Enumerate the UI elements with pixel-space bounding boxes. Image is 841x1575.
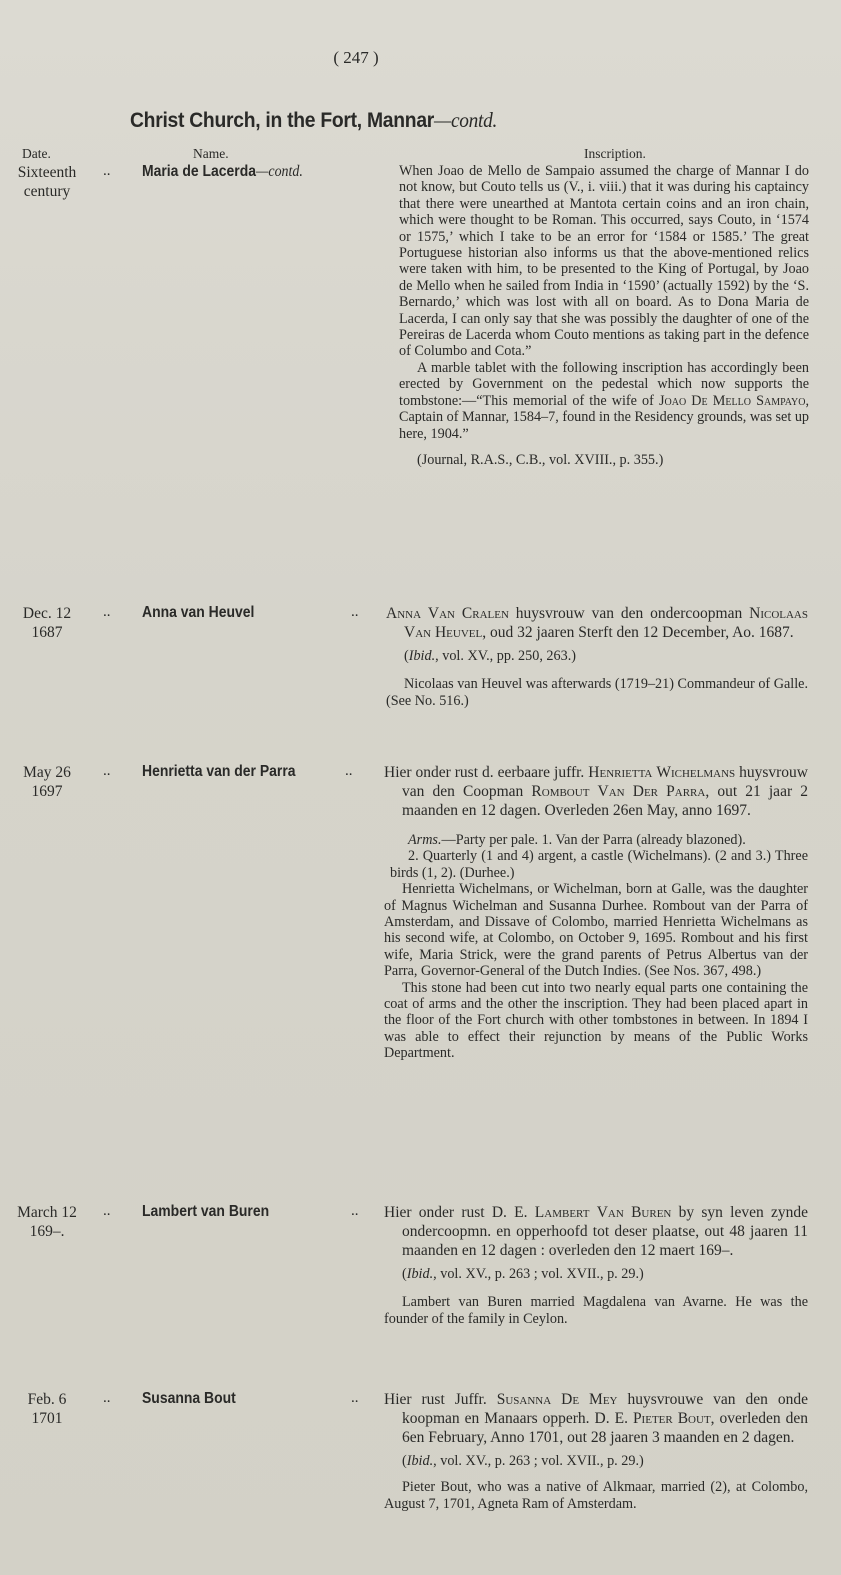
page-title: Christ Church, in the Fort, Mannar—contd… xyxy=(130,108,497,133)
reference: (Ibid., vol. XV., p. 263 ; vol. XVII., p… xyxy=(384,1453,808,1469)
inscription-text: Hier onder rust D. E. Lambert Van Buren … xyxy=(384,1203,808,1260)
inscription-text: Hier rust Juffr. Susanna De Mey huysvrou… xyxy=(384,1390,808,1447)
inscription-paragraph: When Joao de Mello de Sampaio assumed th… xyxy=(399,163,809,360)
column-header-name: Name. xyxy=(193,146,229,162)
small-caps-name: Henrietta xyxy=(588,764,652,781)
separator: .. xyxy=(351,1390,359,1407)
entry-date: March 12169–. xyxy=(2,1203,92,1241)
small-caps-name: Pieter xyxy=(633,1410,673,1427)
separator: .. xyxy=(103,163,111,180)
title-text: Christ Church, in the Fort, Mannar xyxy=(130,109,434,132)
entry-date: Sixteenthcentury xyxy=(2,163,92,201)
arms: Arms.—Party per pale. 1. Van der Parra (… xyxy=(384,832,808,848)
reference: (Journal, R.A.S., C.B., vol. XVIII., p. … xyxy=(399,452,809,468)
entry-name: Lambert van Buren xyxy=(142,1203,269,1221)
small-caps-name: De xyxy=(561,1391,579,1408)
small-caps-name: Der xyxy=(633,783,658,800)
small-caps-name: De xyxy=(691,393,707,409)
column-header-date: Date. xyxy=(22,146,51,162)
entry-inscription: When Joao de Mello de Sampaio assumed th… xyxy=(399,163,809,476)
small-caps-name: Joao xyxy=(659,393,686,409)
small-caps-name: Parra xyxy=(666,783,705,800)
small-caps-name: Van xyxy=(404,624,431,641)
small-caps-name: Sampayo xyxy=(756,393,805,409)
reference: (Ibid., vol. XV., pp. 250, 263.) xyxy=(386,648,808,664)
small-caps-name: Rombout xyxy=(531,783,589,800)
column-header-inscription: Inscription. xyxy=(584,146,646,162)
entry-name: Maria de Lacerda—contd. xyxy=(142,163,303,181)
small-caps-name: Wichelmans xyxy=(656,764,735,781)
separator: .. xyxy=(103,604,111,621)
entry-name: Henrietta van der Parra xyxy=(142,763,296,781)
entry-inscription: Hier rust Juffr. Susanna De Mey huysvrou… xyxy=(384,1390,808,1512)
small-caps-name: Bout xyxy=(678,1410,711,1427)
page-number: ( 247 ) xyxy=(0,48,712,68)
separator: .. xyxy=(103,763,111,780)
separator: .. xyxy=(351,604,359,621)
small-caps-name: Anna xyxy=(386,605,421,622)
note: This stone had been cut into two nearly … xyxy=(384,980,808,1062)
small-caps-name: Nicolaas xyxy=(749,605,808,622)
note: Henrietta Wichelmans, or Wichelman, born… xyxy=(384,881,808,979)
small-caps-name: Van xyxy=(598,783,625,800)
title-suffix: —contd. xyxy=(434,108,497,132)
entry-inscription: Hier onder rust d. eerbaare juffr. Henri… xyxy=(384,763,808,1062)
separator: .. xyxy=(103,1390,111,1407)
entry-inscription: Anna Van Cralen huysvrouw van den onderc… xyxy=(386,604,808,709)
inscription-text: Hier onder rust d. eerbaare juffr. Henri… xyxy=(384,763,808,820)
note: Lambert van Buren married Magdalena van … xyxy=(384,1294,808,1327)
reference: (Ibid., vol. XV., p. 263 ; vol. XVII., p… xyxy=(384,1266,808,1282)
entry-date: May 261697 xyxy=(2,763,92,801)
separator: .. xyxy=(345,763,353,780)
entry-date: Dec. 121687 xyxy=(2,604,92,642)
small-caps-name: Lambert xyxy=(535,1204,590,1221)
small-caps-name: Mello xyxy=(713,393,751,409)
small-caps-name: Heuvel xyxy=(435,624,482,641)
note: Pieter Bout, who was a native of Alkmaar… xyxy=(384,1479,808,1512)
separator: .. xyxy=(351,1203,359,1220)
arms-detail: 2. Quarterly (1 and 4) argent, a castle … xyxy=(384,848,808,881)
small-caps-name: Van xyxy=(597,1204,624,1221)
entry-name: Susanna Bout xyxy=(142,1390,236,1408)
small-caps-name: Mey xyxy=(589,1391,617,1408)
entry-name: Anna van Heuvel xyxy=(142,604,254,622)
entry-date: Feb. 61701 xyxy=(2,1390,92,1428)
small-caps-name: Buren xyxy=(631,1204,671,1221)
small-caps-name: Van xyxy=(428,605,455,622)
small-caps-name: Susanna xyxy=(497,1391,551,1408)
inscription-text: Anna Van Cralen huysvrouw van den onderc… xyxy=(386,604,808,642)
separator: .. xyxy=(103,1203,111,1220)
small-caps-name: Cralen xyxy=(462,605,509,622)
entry-inscription: Hier onder rust D. E. Lambert Van Buren … xyxy=(384,1203,808,1327)
inscription-paragraph: A marble tablet with the following inscr… xyxy=(399,360,809,442)
note: Nicolaas van Heuvel was afterwards (1719… xyxy=(386,676,808,709)
